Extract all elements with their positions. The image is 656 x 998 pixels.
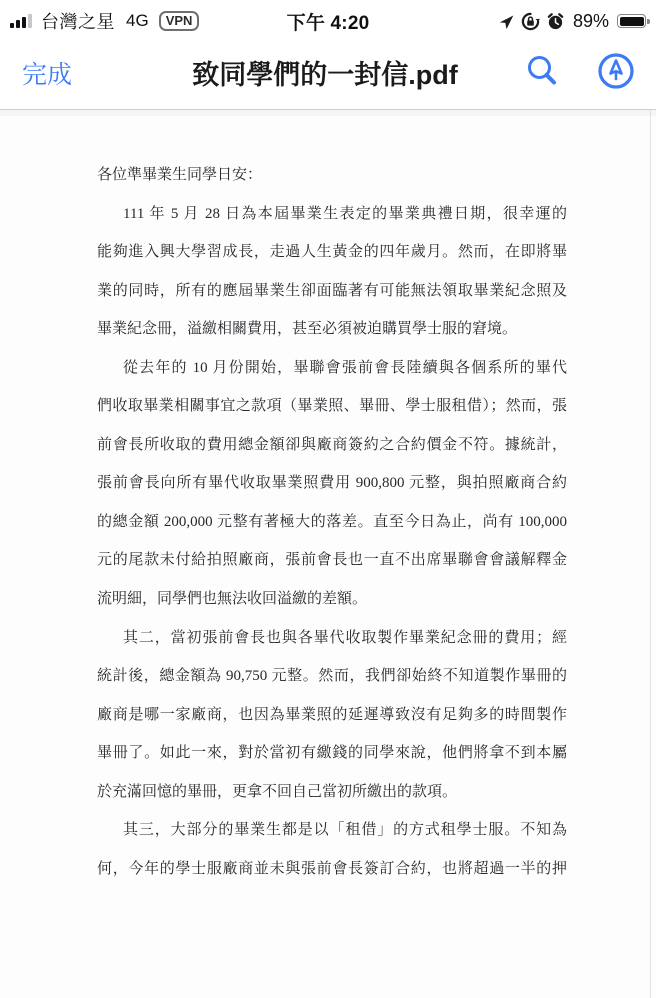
pdf-text: 各位準畢業生同學日安：111 年 5 月 28 日為本屆畢業生表定的畢業典禮日期… [0,116,656,888]
status-center: 下午 4:20 [287,8,370,35]
search-button[interactable] [524,53,560,92]
search-icon [524,53,560,92]
document-line: 各位準畢業生同學日安： [97,156,567,195]
document-line: 從去年的 10 月份開始，畢聯會張前會長陸續與各個系所的畢代 [97,349,567,388]
document-line: 於充滿回憶的畢冊，更拿不回自己當初所繳出的款項。 [97,773,567,812]
document-line: 統計後，總金額為 90,750 元整。然而，我們卻始終不知道製作畢冊的 [97,657,567,696]
battery-icon [617,14,646,28]
nav-actions [524,51,642,94]
document-line: 畢冊了。如此一來，對於當初有繳錢的同學來說，他們將拿不到本屬 [97,734,567,773]
nav-bar: 完成 致同學們的一封信.pdf [0,40,656,110]
document-line: 其二，當初張前會長也與各畢代收取製作畢業紀念冊的費用；經 [97,619,567,658]
document-line: 流明細，同學們也無法收回溢繳的差額。 [97,580,567,619]
vpn-badge: VPN [159,11,200,31]
document-line: 業的同時，所有的應屆畢業生卻面臨著有可能無法領取畢業紀念照及 [97,272,567,311]
status-left: 台灣之星 4G VPN [10,8,287,34]
carrier-label: 台灣之星 [41,8,115,34]
document-line: 元的尾款未付給拍照廠商，張前會長也一直不出席畢聯會會議解釋金 [97,541,567,580]
page-right-edge [650,110,651,998]
pdf-viewer[interactable]: 各位準畢業生同學日安：111 年 5 月 28 日為本屆畢業生表定的畢業典禮日期… [0,110,656,998]
battery-nub [647,19,650,24]
document-line: 的總金額 200,000 元整有著極大的落差。直至今日為止，尚有 100,000 [97,503,567,542]
document-title: 致同學們的一封信.pdf [126,53,524,92]
battery-percent-label: 89% [573,11,609,32]
cellular-signal-icon [10,13,34,29]
markup-pen-icon [596,51,636,94]
iphone-screen: 台灣之星 4G VPN 下午 4:20 [0,0,656,998]
document-line: 們收取畢業相關事宜之款項（畢業照、畢冊、學士服租借）；然而，張 [97,387,567,426]
clock-label: 下午 4:20 [287,8,370,35]
markup-button[interactable] [596,51,636,94]
orientation-lock-icon [521,12,540,31]
alarm-clock-icon [546,12,565,31]
battery-fill [620,17,644,26]
document-line: 其三，大部分的畢業生都是以「租借」的方式租學士服。不知為 [97,811,567,850]
nav-left: 完成 [22,55,126,91]
network-type-label: 4G [126,11,149,31]
status-right: 89% [369,11,646,32]
done-button[interactable]: 完成 [22,55,72,91]
document-line: 張前會長向所有畢代收取畢業照費用 900,800 元整，與拍照廠商合約 [97,464,567,503]
document-line: 畢業紀念冊，溢繳相關費用，甚至必須被迫購買學士服的窘境。 [97,310,567,349]
location-arrow-icon [498,13,515,30]
document-line: 廠商是哪一家廠商，也因為畢業照的延遲導致沒有足夠多的時間製作 [97,696,567,735]
status-bar: 台灣之星 4G VPN 下午 4:20 [0,0,656,40]
document-line: 何，今年的學士服廠商並未與張前會長簽訂合約，也將超過一半的押 [97,850,567,889]
document-line: 能夠進入興大學習成長，走過人生黃金的四年歲月。然而，在即將畢 [97,233,567,272]
document-line: 前會長所收取的費用總金額卻與廠商簽約之合約價金不符。據統計， [97,426,567,465]
document-line: 111 年 5 月 28 日為本屆畢業生表定的畢業典禮日期，很幸運的 [97,195,567,234]
